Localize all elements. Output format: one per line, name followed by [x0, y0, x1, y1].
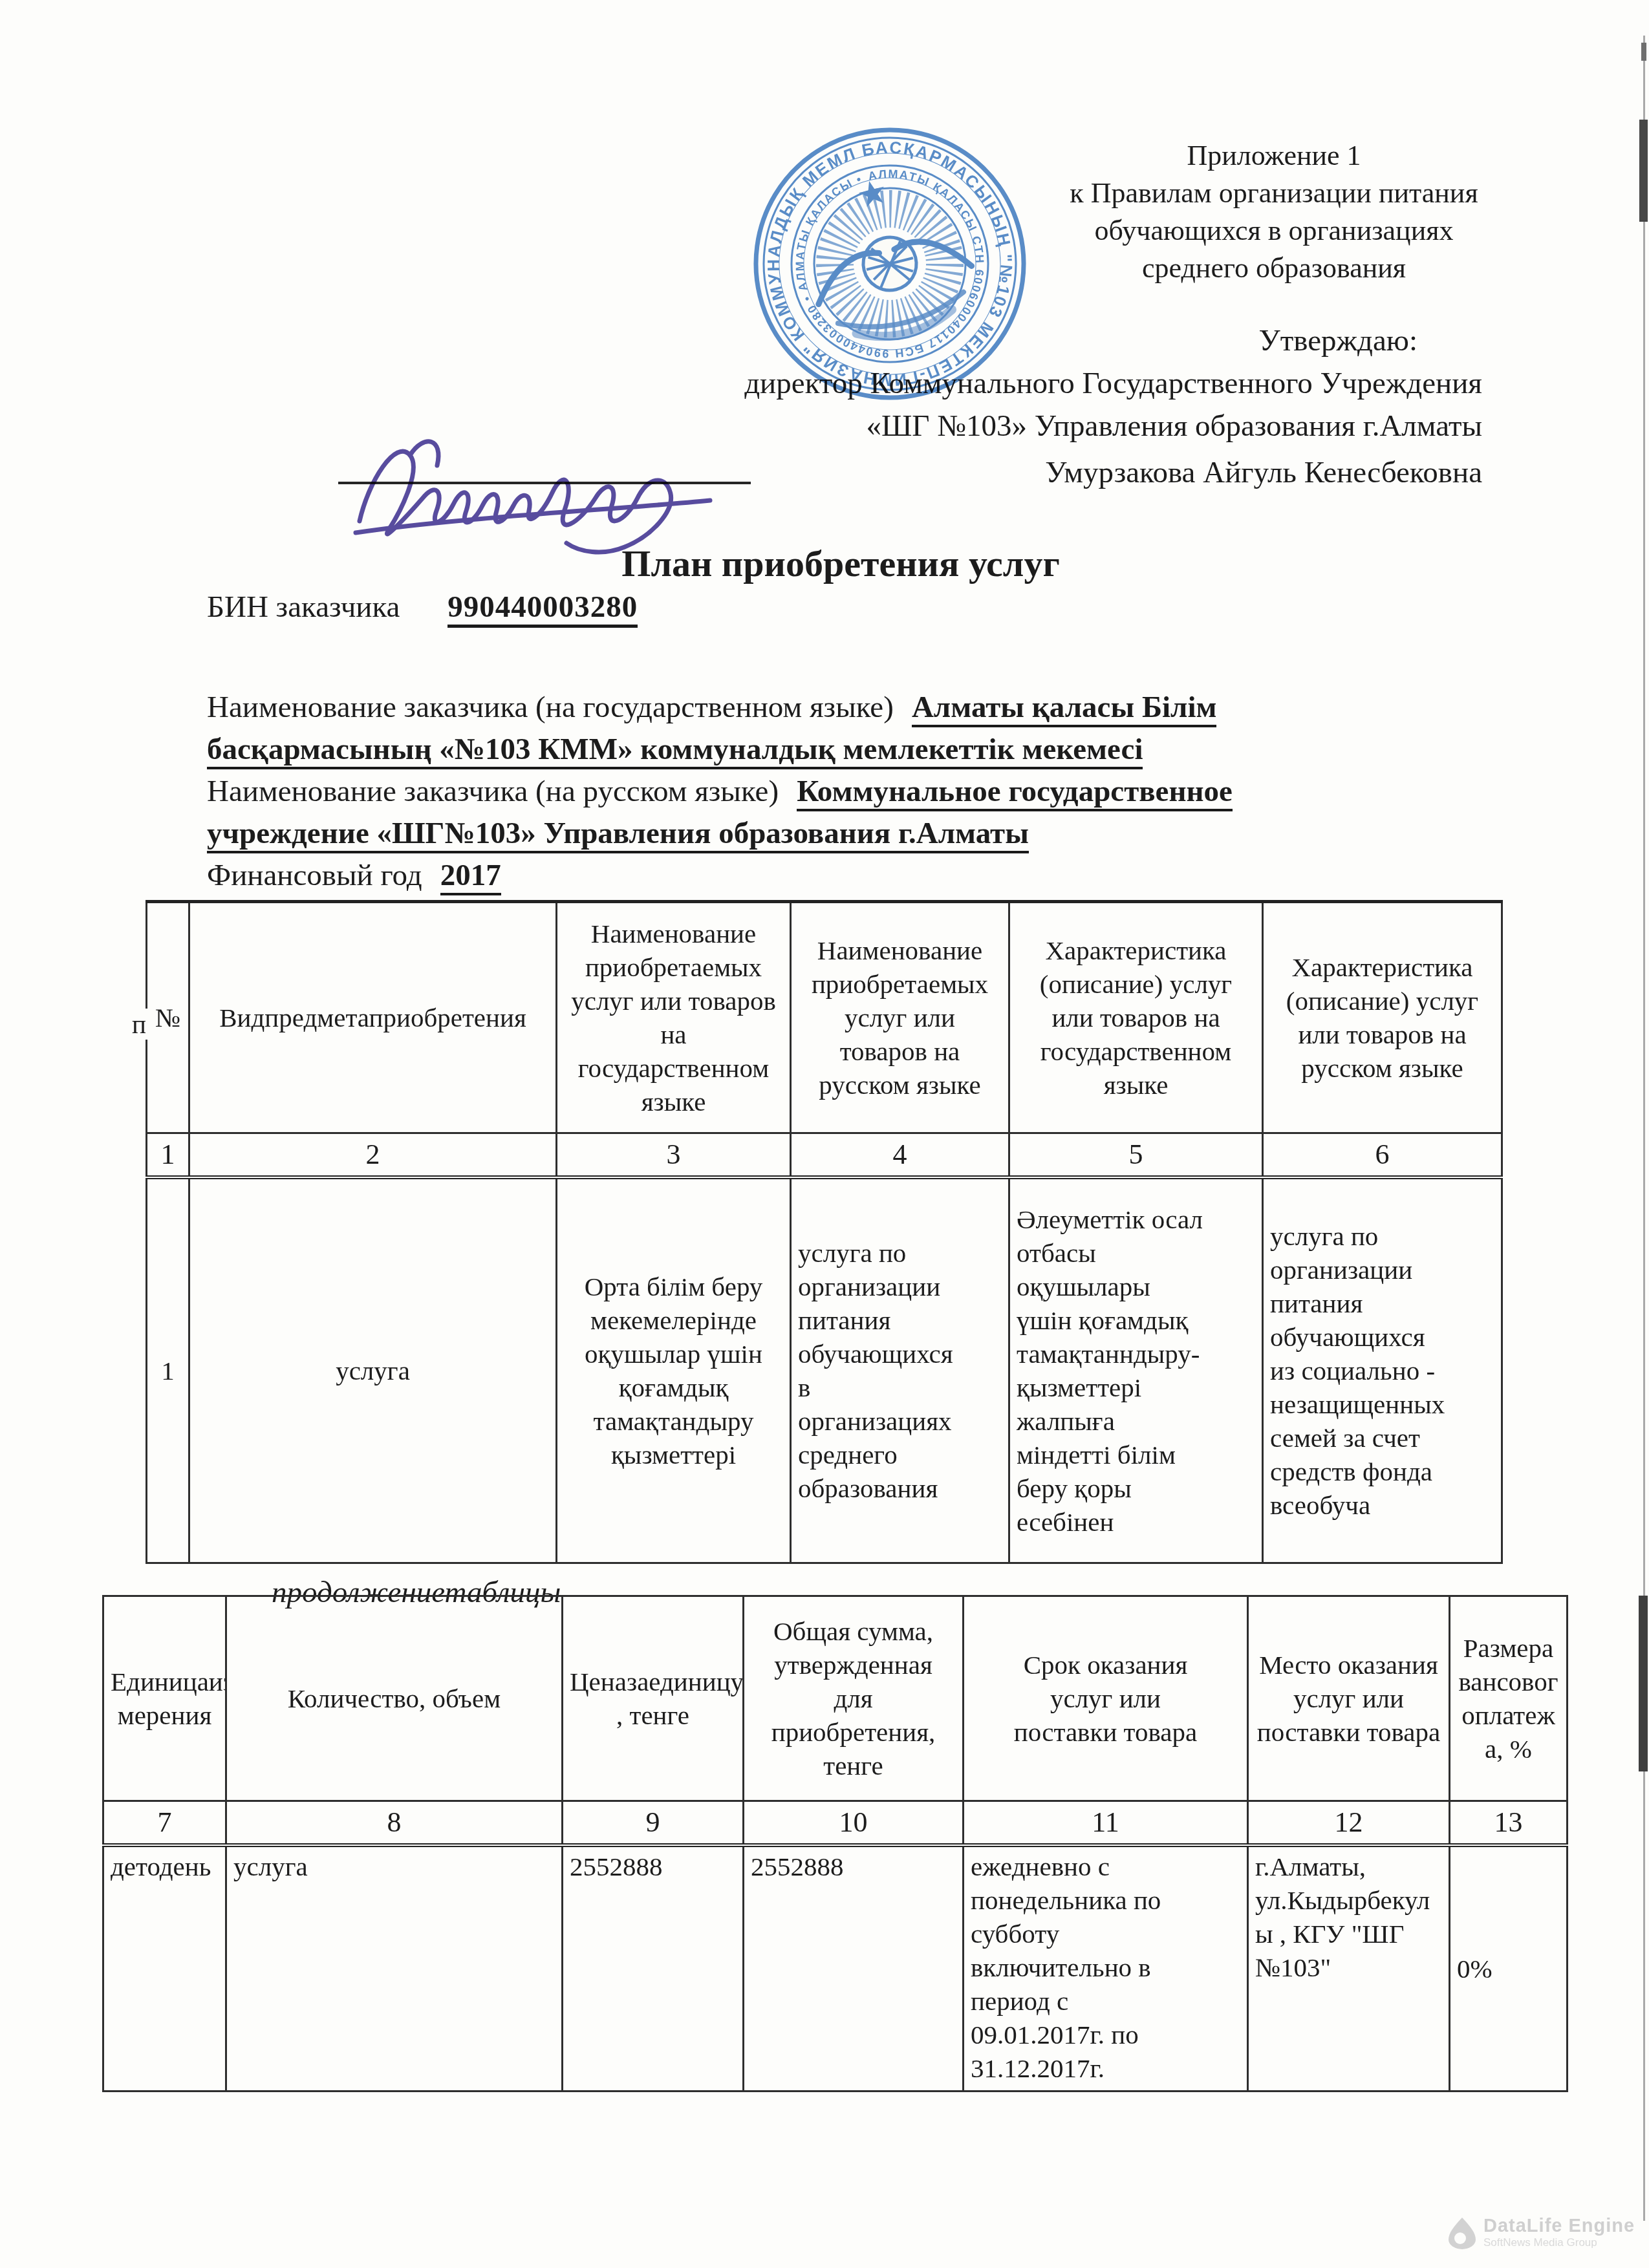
column-number: 7 — [103, 1801, 226, 1846]
column-number: 13 — [1450, 1801, 1568, 1846]
column-number: 1 — [147, 1133, 189, 1178]
header-cell-advance: Размера вансовог оплатеж а, % — [1450, 1596, 1568, 1801]
appendix-note: Приложение 1 к Правилам организации пита… — [1035, 137, 1513, 287]
bin-value: 990440003280 — [447, 590, 638, 628]
column-number: 11 — [964, 1801, 1248, 1846]
bin-label: БИН заказчика — [207, 590, 400, 624]
customer-kz-label: Наименование заказчика (на государственн… — [207, 690, 894, 724]
fin-year-line: Финансовый год2017 — [207, 855, 1487, 897]
cell-subject-kind: услуга — [189, 1177, 557, 1563]
customer-ru-line2: учреждение «ШГ№103» Управления образован… — [207, 813, 1487, 855]
header-cell-descr-ru: Характеристика (описание) услуг или това… — [1263, 902, 1502, 1133]
services-table: № Видпредметаприобретения Наименование п… — [145, 900, 1501, 1564]
table1-header-row: № Видпредметаприобретения Наименование п… — [147, 902, 1502, 1133]
appendix-note-line: обучающихся в организациях — [1035, 212, 1513, 250]
column-number: 3 — [557, 1133, 791, 1178]
column-number: 6 — [1263, 1133, 1502, 1178]
header-cell-term: Срок оказания услуг или поставки товара — [964, 1596, 1248, 1801]
bin-row: БИН заказчика 990440003280 — [207, 590, 638, 625]
header-cell-name-kz: Наименование приобретаемых услуг или тов… — [557, 902, 791, 1133]
signature — [341, 419, 775, 568]
datalife-logo-icon — [1447, 2216, 1477, 2250]
scanned-document-page: Приложение 1 к Правилам организации пита… — [0, 0, 1649, 2268]
fin-year-label: Финансовый год — [207, 859, 422, 892]
scan-edge-artifact — [1641, 43, 1646, 61]
column-number: 12 — [1248, 1801, 1450, 1846]
header-cell-place: Место оказания услуг или поставки товара — [1248, 1596, 1450, 1801]
column-number: 4 — [791, 1133, 1009, 1178]
official-seal: БАСҚАРМАСЫНЫҢ "№103 МЕКТЕП-ГИМНАЗИЯ" КОМ… — [749, 123, 1031, 405]
cell-advance: 0% — [1450, 1845, 1568, 2091]
table1-data-row: 1 услуга Орта білім беру мекемелерінде о… — [147, 1177, 1502, 1563]
customer-kz-value: Алматы қаласы Білім — [912, 690, 1217, 727]
scan-edge-line — [1643, 36, 1645, 2221]
customer-ru-line1: Наименование заказчика (на русском языке… — [207, 771, 1487, 813]
header-cell-number: № — [147, 902, 189, 1133]
appendix-note-line: Приложение 1 — [1035, 137, 1513, 175]
cell-name-ru: услуга по организации питания обучающихс… — [791, 1177, 1009, 1563]
cell-row-number: 1 — [147, 1177, 189, 1563]
header-cell-unit-price: Ценазаединицу , тенге — [563, 1596, 744, 1801]
header-cell-descr-kz: Характеристика (описание) услуг или това… — [1009, 902, 1263, 1133]
customer-kz-line2: басқармасының «№103 КММ» коммуналдық мем… — [207, 729, 1487, 771]
appendix-note-line: к Правилам организации питания — [1035, 175, 1513, 212]
header-cell-unit: Единицаиз мерения — [103, 1596, 226, 1801]
cell-term: ежедневно с понедельника по субботу вклю… — [964, 1845, 1248, 2091]
customer-ru-value: учреждение «ШГ№103» Управления образован… — [207, 817, 1029, 853]
fin-year-value: 2017 — [440, 859, 501, 895]
column-number: 2 — [189, 1133, 557, 1178]
cell-unit-price: 2552888 — [563, 1845, 744, 2091]
stray-char: п — [130, 1009, 148, 1040]
table2-header-row: Единицаиз мерения Количество, объем Цена… — [103, 1596, 1568, 1801]
watermark-title: DataLife Engine — [1483, 2216, 1635, 2236]
header-cell-total-sum: Общая сумма, утвержденная для приобретен… — [744, 1596, 964, 1801]
customer-ru-value: Коммунальное государственное — [797, 775, 1233, 811]
datalife-watermark: DataLife Engine SoftNews Media Group — [1447, 2216, 1635, 2250]
scan-edge-artifact — [1639, 120, 1648, 222]
table1-numbers-row: 1 2 3 4 5 6 — [147, 1133, 1502, 1178]
cell-place: г.Алматы, ул.Кыдырбекул ы , КГУ "ШГ №103… — [1248, 1845, 1450, 2091]
cell-name-kz: Орта білім беру мекемелерінде оқушылар ү… — [557, 1177, 791, 1563]
column-number: 9 — [563, 1801, 744, 1846]
customer-kz-line1: Наименование заказчика (на государственн… — [207, 687, 1487, 729]
cell-quantity: услуга — [226, 1845, 563, 2091]
table2-data-row: детодень услуга 2552888 2552888 ежедневн… — [103, 1845, 1568, 2091]
services-table-continuation: Единицаиз мерения Количество, объем Цена… — [102, 1595, 1566, 2092]
table2-numbers-row: 7 8 9 10 11 12 13 — [103, 1801, 1568, 1846]
cell-unit: детодень — [103, 1845, 226, 2091]
customer-kz-value: басқармасының «№103 КММ» коммуналдық мем… — [207, 733, 1143, 769]
column-number: 10 — [744, 1801, 964, 1846]
cell-total-sum: 2552888 — [744, 1845, 964, 2091]
watermark-subtitle: SoftNews Media Group — [1483, 2236, 1635, 2250]
scan-edge-artifact — [1639, 1596, 1648, 1771]
cell-descr-ru: услуга по организации питания обучающихс… — [1263, 1177, 1502, 1563]
column-number: 8 — [226, 1801, 563, 1846]
header-cell-name-ru: Наименование приобретаемых услуг или тов… — [791, 902, 1009, 1133]
column-number: 5 — [1009, 1133, 1263, 1178]
header-cell-quantity: Количество, объем — [226, 1596, 563, 1801]
customer-ru-label: Наименование заказчика (на русском языке… — [207, 775, 779, 808]
header-cell-subject-kind: Видпредметаприобретения — [189, 902, 557, 1133]
requisites: Наименование заказчика (на государственн… — [207, 687, 1487, 897]
appendix-note-line: среднего образования — [1035, 250, 1513, 287]
cell-descr-kz: Әлеуметтік осал отбасы оқушылары үшін қо… — [1009, 1177, 1263, 1563]
